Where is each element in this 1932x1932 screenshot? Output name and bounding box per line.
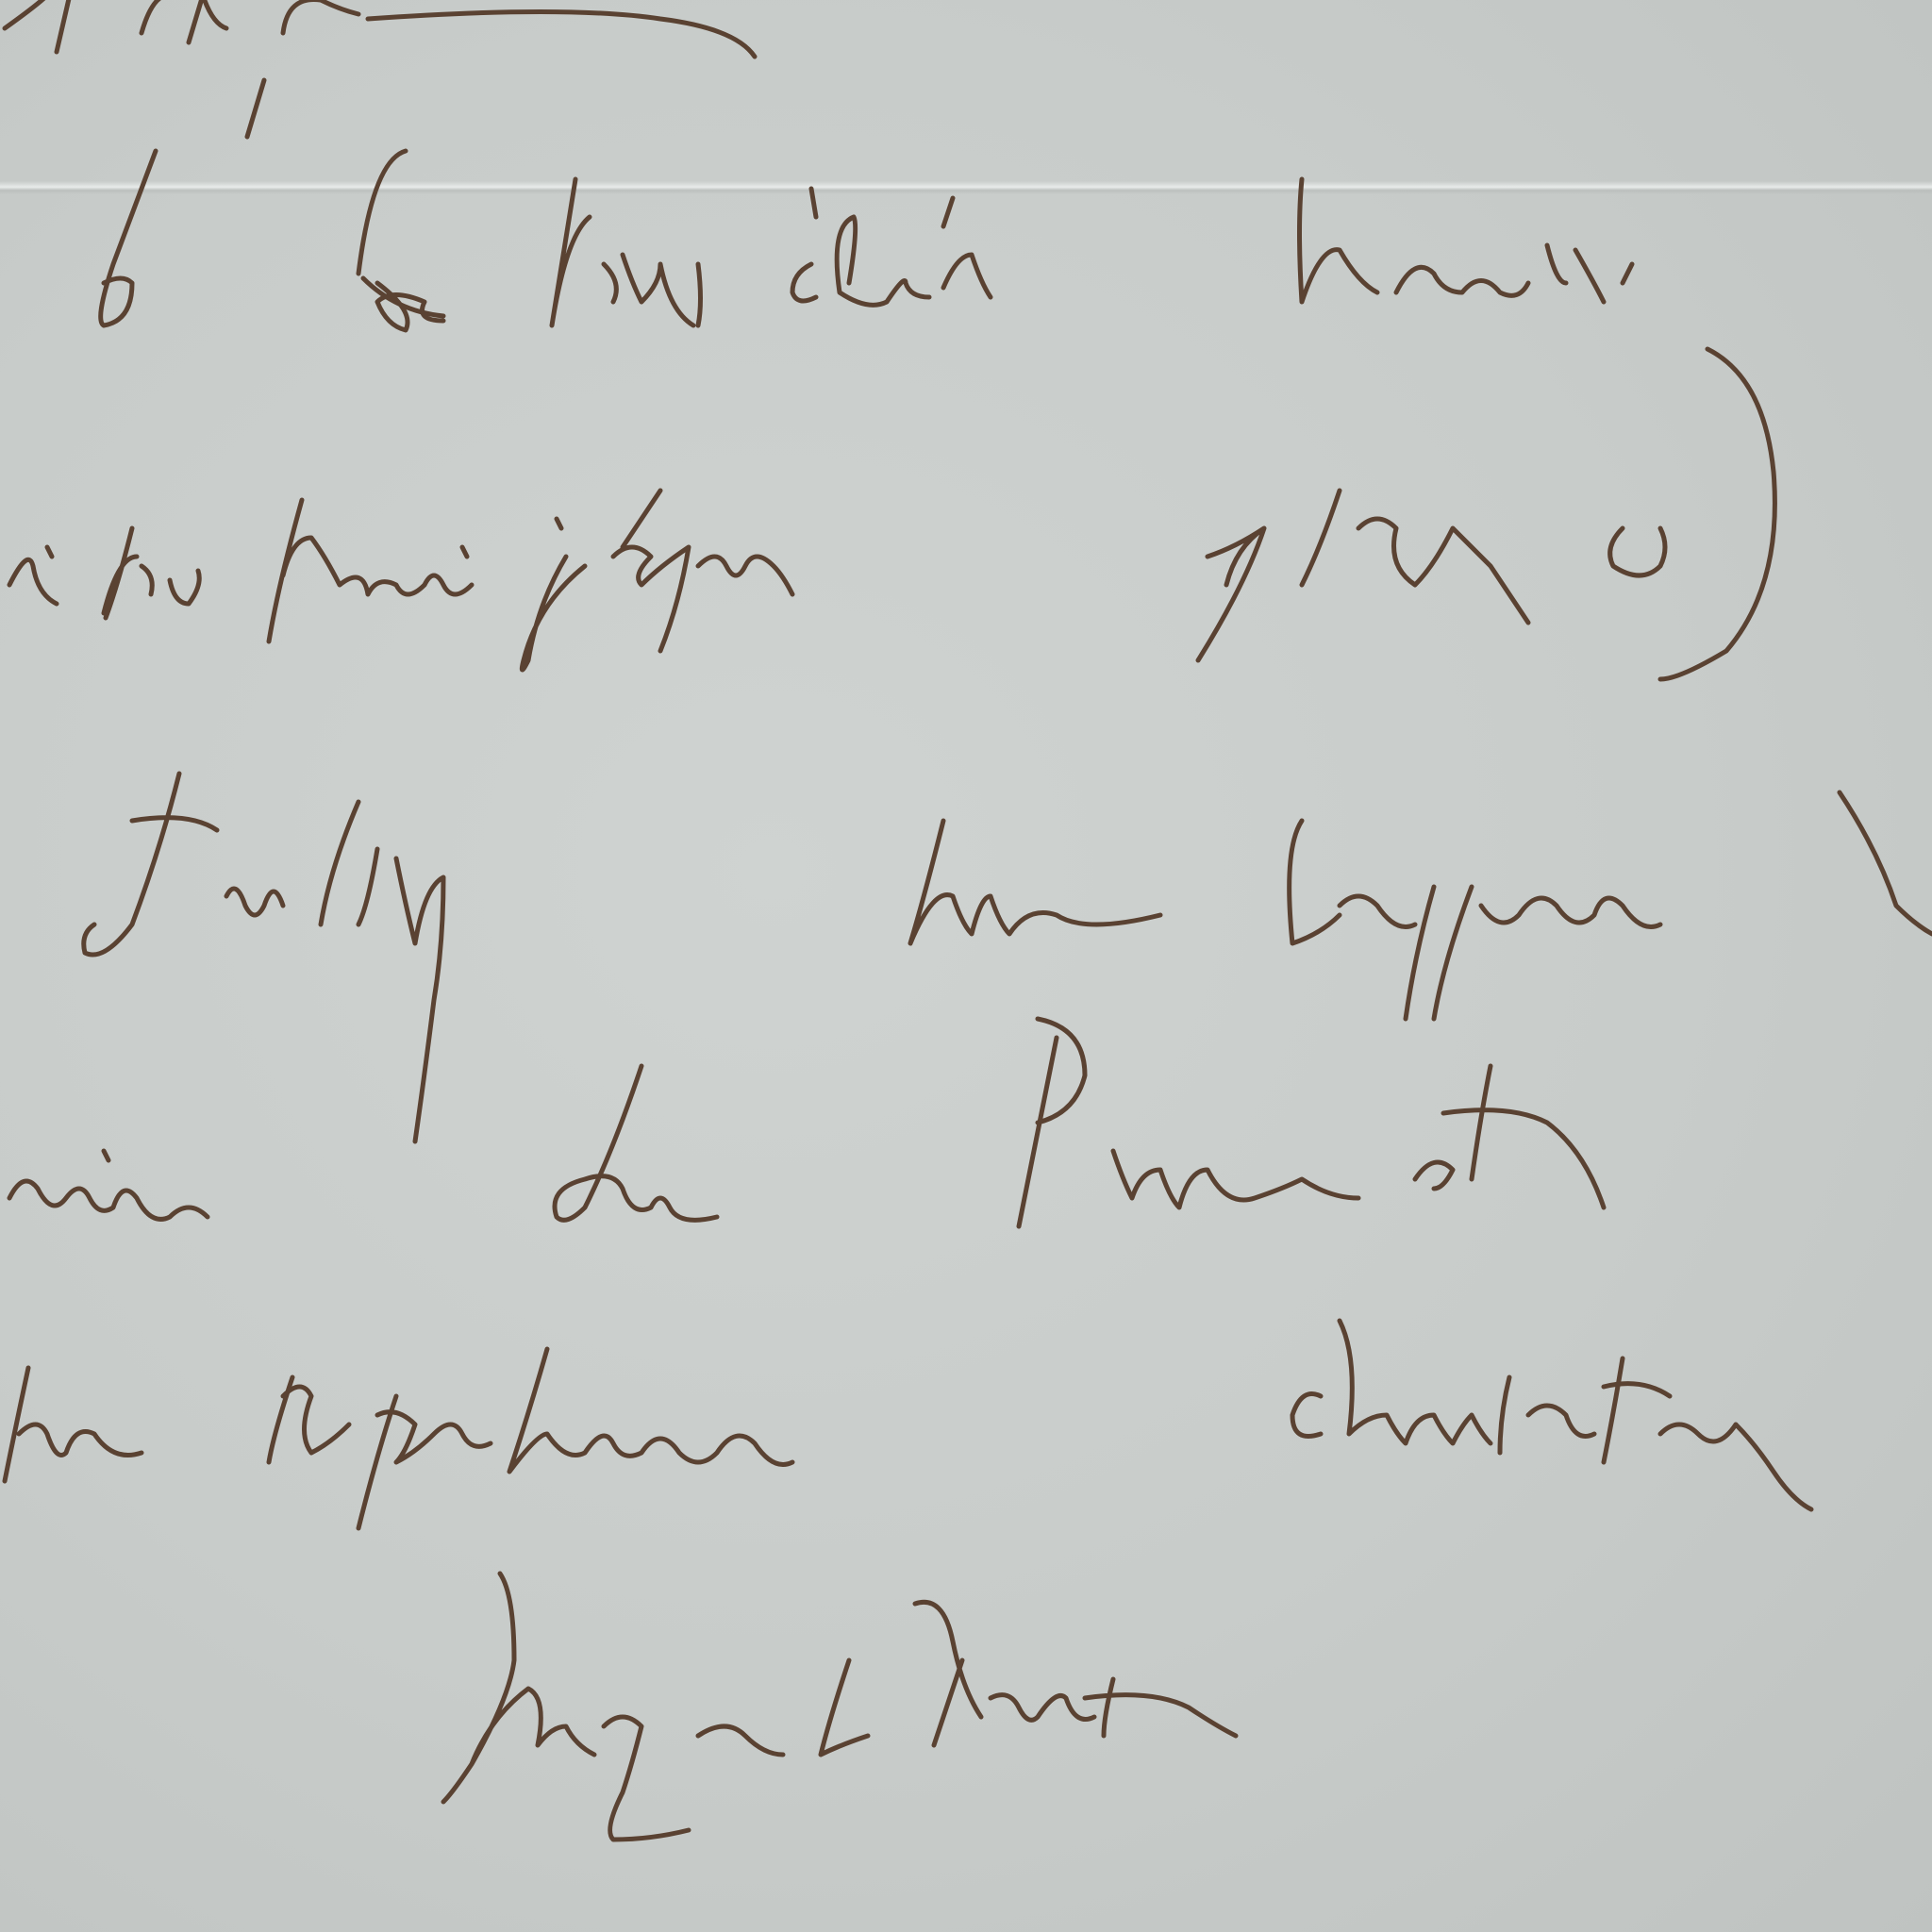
- stroke-vous: [552, 179, 701, 325]
- stroke-veuillez: [84, 774, 443, 1141]
- stroke-ma: [5, 1368, 142, 1481]
- stroke-venir: [9, 1151, 208, 1220]
- stroke-du: [555, 1066, 717, 1220]
- stroke-top-partial: [5, 0, 755, 57]
- stroke-comma: [247, 80, 264, 137]
- stroke-prince: [1019, 1019, 1358, 1226]
- stroke-rappeler: [1290, 792, 1932, 1019]
- stroke-espere: [613, 491, 792, 651]
- stroke-verrai: [269, 500, 472, 641]
- stroke-ecrirai: [792, 189, 991, 305]
- stroke-et: [1415, 1066, 1604, 1207]
- stroke-je: [101, 151, 443, 330]
- stroke-vous-2: [104, 528, 199, 618]
- stroke-me: [910, 821, 1160, 943]
- stroke-admiration: [1292, 1321, 1811, 1509]
- handwriting-ink: [0, 0, 1932, 1932]
- stroke-signature: [443, 1574, 1236, 1840]
- stroke-mi: [9, 547, 57, 604]
- stroke-respectueuse: [269, 1349, 792, 1528]
- stroke-j: [522, 519, 585, 670]
